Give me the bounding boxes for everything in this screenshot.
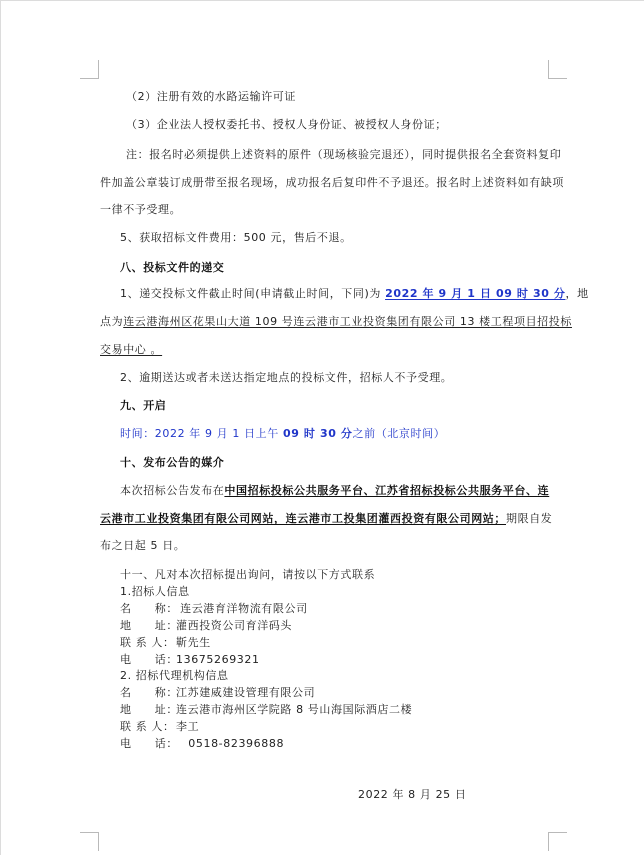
agency-name: 江苏建威建设管理有限公司 [176,686,315,699]
section-11-heading: 十一、凡对本次招标提出询问，请按以下方式联系 [120,568,375,582]
tenderer-phone: 13675269321 [176,653,260,666]
section-8-p2: 2、逾期送达或者未送达指定地点的投标文件，招标人不予受理。 [120,371,452,385]
agency-contact-row: 联 系 人：李工 [120,720,199,734]
deadline-prefix: 1、递交投标文件截止时间(申请截止时间，下同)为 [120,287,385,300]
tenderer-contact: 靳先生 [176,636,211,649]
tenderer-name-label: 名 称： [120,602,176,616]
agency-contact: 李工 [176,720,199,733]
media-list-cont: 云港市工业投资集团有限公司网站，连云港市工投集团灌西投资有限公司网站； [100,512,506,525]
tenderer-title: 1.招标人信息 [120,585,190,599]
section-9-heading: 九、开启 [120,399,166,413]
opening-time-prefix: 时间：2022 年 9 月 1 日上午 [120,427,283,440]
tenderer-addr-row: 地 址：灌西投资公司育洋码头 [120,619,292,633]
deadline-value: 2022 年 9 月 1 日 09 时 30 分 [385,287,565,300]
tenderer-phone-label: 电 话： [120,653,176,667]
opening-time-hour: 09 时 30 分 [283,427,353,440]
opening-time: 时间：2022 年 9 月 1 日上午 09 时 30 分之前（北京时间） [120,427,445,441]
margin-corner-bottom-left [80,832,99,851]
section-8-p1-line1: 1、递交投标文件截止时间(申请截止时间，下同)为 2022 年 9 月 1 日 … [120,287,589,301]
media-list: 中国招标投标公共服务平台、江苏省招标投标公共服务平台、连 [224,484,549,497]
agency-phone: 0518-82396888 [176,737,284,750]
tenderer-contact-row: 联 系 人：靳先生 [120,636,211,650]
item-2: （2）注册有效的水路运输许可证 [126,90,296,104]
location-value: 连云港海州区花果山大道 109 号连云港市工业投资集团有限公司 13 楼工程项目… [123,315,572,328]
tenderer-name-row: 名 称： 连云港育洋物流有限公司 [120,602,308,616]
agency-title: 2. 招标代理机构信息 [120,669,229,683]
item-3: （3）企业法人授权委托书、授权人身份证、被授权人身份证； [126,118,447,132]
tenderer-addr-label: 地 址： [120,619,176,633]
agency-name-label: 名 称： [120,686,176,700]
section-10-line1: 本次招标公告发布在中国招标投标公共服务平台、江苏省招标投标公共服务平台、连 [120,484,549,498]
location-value-end: 交易中心 。 [100,343,162,356]
opening-time-suffix: 之前（北京时间） [353,427,446,440]
tenderer-contact-label: 联 系 人： [120,636,176,650]
media-prefix: 本次招标公告发布在 [120,484,224,497]
agency-contact-label: 联 系 人： [120,720,176,734]
section-8-p1-line2: 点为连云港海州区花果山大道 109 号连云港市工业投资集团有限公司 13 楼工程… [100,315,572,329]
note-line-1: 注：报名时必须提供上述资料的原件（现场核验完退还），同时提供报名全套资料复印 [126,148,561,162]
margin-corner-top-left [80,60,99,79]
media-period-prefix: 期限自发 [506,512,552,525]
agency-phone-row: 电 话： 0518-82396888 [120,737,284,751]
section-10-heading: 十、发布公告的媒介 [120,456,224,470]
agency-addr-row: 地 址：连云港市海州区学院路 8 号山海国际酒店二楼 [120,703,412,717]
tenderer-name: 连云港育洋物流有限公司 [176,602,308,615]
margin-corner-bottom-right [548,832,567,851]
section-10-line2: 云港市工业投资集团有限公司网站，连云港市工投集团灌西投资有限公司网站；期限自发 [100,512,552,526]
page-left-edge [0,0,1,855]
agency-name-row: 名 称：江苏建威建设管理有限公司 [120,686,315,700]
section-8-heading: 八、投标文件的递交 [120,261,224,275]
location-prefix: 点为 [100,315,123,328]
tenderer-addr: 灌西投资公司育洋码头 [176,619,292,632]
page-top-edge [0,0,644,1]
agency-phone-label: 电 话： [120,737,176,751]
section-8-p1-line3: 交易中心 。 [100,343,162,357]
agency-addr-label: 地 址： [120,703,176,717]
note-line-2: 件加盖公章装订成册带至报名现场，成功报名后复印件不予退还。报名时上述资料如有缺项 [100,176,564,190]
document-date: 2022 年 8 月 25 日 [358,788,466,802]
section-10-line3: 布之日起 5 日。 [100,539,185,553]
tenderer-phone-row: 电 话：13675269321 [120,653,260,667]
margin-corner-top-right [548,60,567,79]
fee-item: 5、获取招标文件费用：500 元，售后不退。 [120,231,352,245]
agency-addr: 连云港市海州区学院路 8 号山海国际酒店二楼 [176,703,412,716]
note-line-3: 一律不予受理。 [100,203,181,217]
deadline-suffix: ，地 [565,287,588,300]
